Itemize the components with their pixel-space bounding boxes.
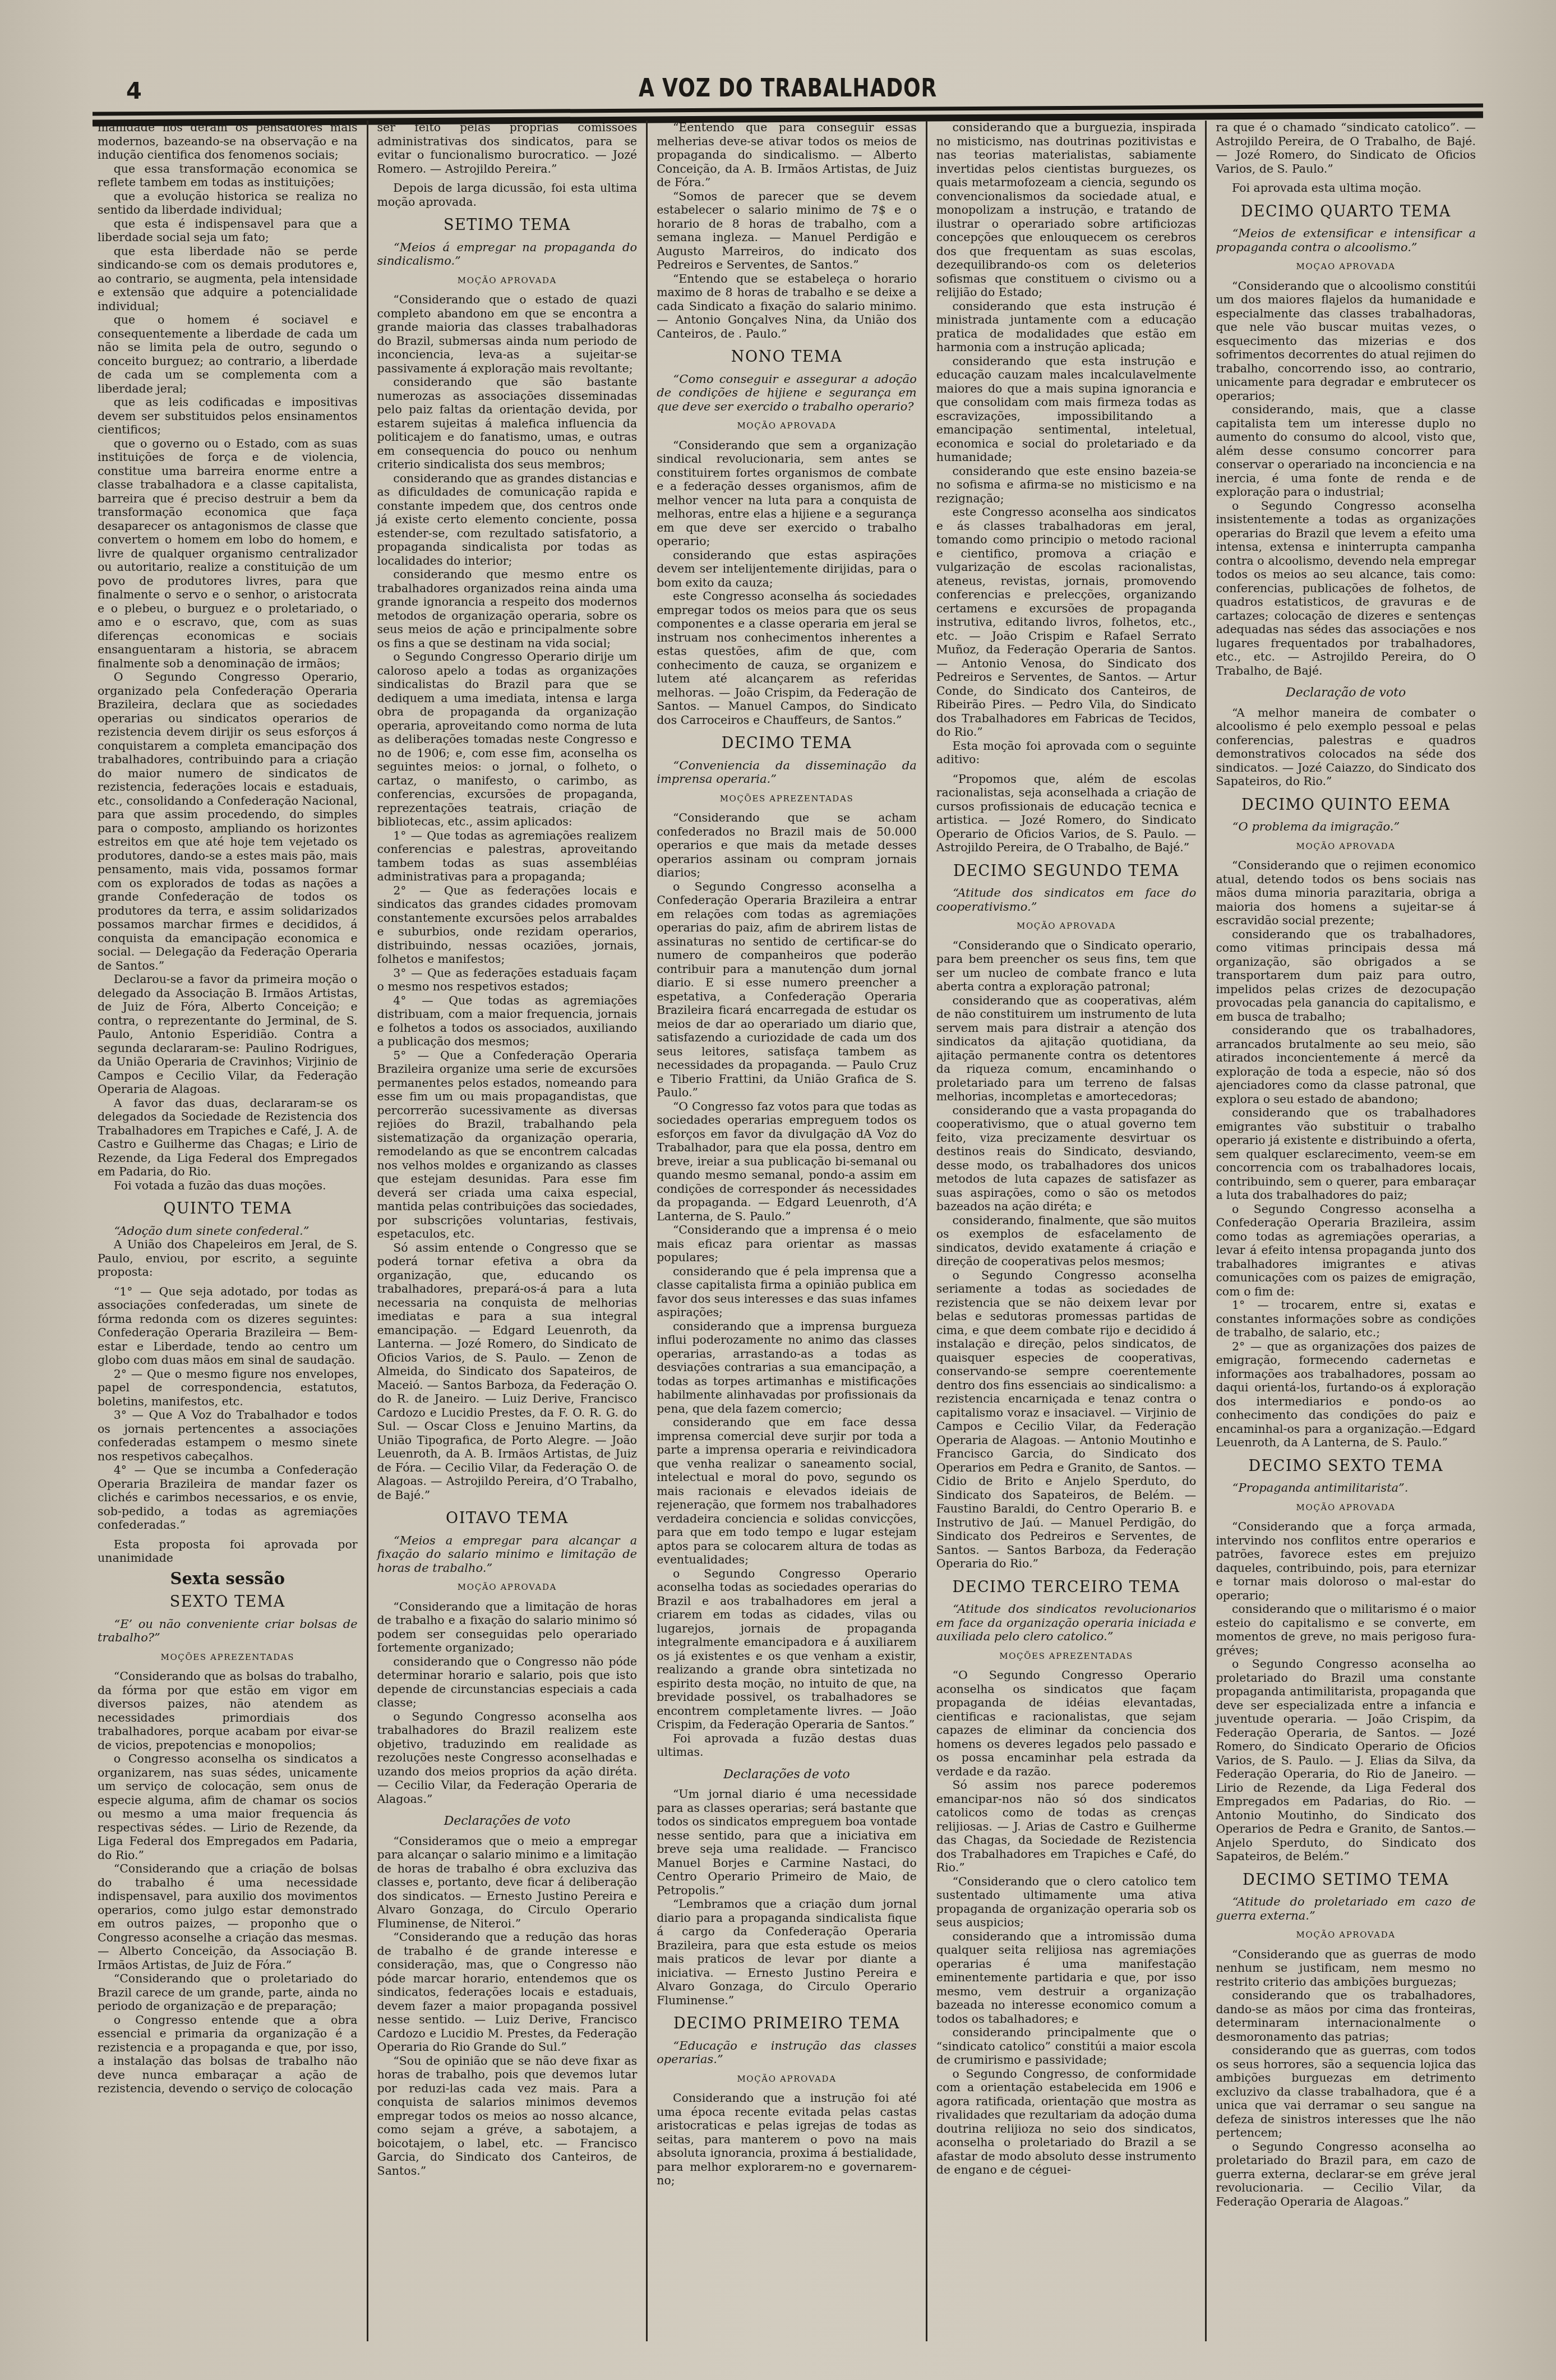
section-heading: DECIMO TEMA	[657, 737, 917, 751]
paragraph: “Somos de parecer que se devem estabelec…	[657, 190, 917, 272]
paragraph: considerando que os trabalhadores emigra…	[1216, 1106, 1476, 1202]
paragraph: 2° — que as organizações dos paizes de e…	[1216, 1340, 1476, 1450]
section-heading: DECIMO TERCEIRO TEMA	[936, 1581, 1197, 1595]
motion-label: MOÇAO APROVADA	[1216, 260, 1476, 274]
paragraph: considerando que estas aspirações devem …	[657, 548, 917, 590]
paragraph: considerando que a imprensa burgueza inf…	[657, 1320, 917, 1416]
section-heading: SEXTO TEMA	[98, 1595, 358, 1609]
motion-label: MOÇÃO APROVADA	[377, 274, 638, 288]
paragraph: o Segundo Congresso aconselha a Confeder…	[657, 880, 917, 1100]
motion-label: MOÇÃO APROVADA	[657, 419, 917, 433]
paragraph: A favor das duas, declararam-se os deleg…	[98, 1096, 358, 1179]
paragraph: “Considerando que o Sindicato operario, …	[936, 939, 1197, 994]
paragraph: Considerando que a instrução foi até uma…	[657, 2091, 917, 2188]
column-4: considerando que a burguezia, inspirada …	[926, 121, 1206, 2341]
paragraph: considerando que os trabalhadores, como …	[1216, 928, 1476, 1024]
paragraph: 1° — trocarem, entre si, exatas e consta…	[1216, 1298, 1476, 1340]
paragraph: que as leis codificadas e impositivas de…	[98, 395, 358, 437]
paragraph: o Segundo Congresso aconselha a Confeder…	[1216, 1202, 1476, 1299]
paragraph: considerando que a vasta propaganda do c…	[936, 1104, 1197, 1214]
paragraph: considerando que os trabalhadores, arran…	[1216, 1023, 1476, 1106]
motion-label: MOÇÃO APROVADA	[1216, 1501, 1476, 1515]
paragraph: “Considerando que a imprensa é o meio ma…	[657, 1223, 917, 1265]
paragraph: o Segundo Congresso Operario dirije um c…	[377, 650, 638, 829]
paragraph: “Considerando que o estado de quazi comp…	[377, 293, 638, 375]
paragraph: considerando que em face dessa imprensa …	[657, 1415, 917, 1567]
motion-label: MOÇÃO APROVADA	[936, 919, 1197, 933]
article-columns: manidade nos deram os pensadores mais mo…	[89, 121, 1485, 2341]
paragraph: “Consideramos que o meio a empregar para…	[377, 1834, 638, 1931]
paragraph: “Considerando que o rejimen economico at…	[1216, 859, 1476, 928]
paragraph: considerando, finalmente, que são muitos…	[936, 1214, 1197, 1269]
motion-label: MOÇÃO APROVADA	[1216, 840, 1476, 854]
paragraph: Foi votada a fuzão das duas moções.	[98, 1179, 358, 1193]
paragraph: “Considerando que o clero catolico tem s…	[936, 1875, 1197, 1930]
masthead: 4 A VOZ DO TRABALHADOR	[93, 67, 1483, 107]
spacer	[98, 1532, 358, 1538]
spacer	[1216, 176, 1476, 181]
column-5: ra que é o chamado “sindicato catolico”.…	[1205, 121, 1485, 2341]
paragraph: 1° — Que todas as agremiações realizem c…	[377, 829, 638, 884]
theme-subtitle: “Propaganda antimilitarista”.	[1216, 1481, 1476, 1495]
paragraph: “Considerando que o proletariado do Braz…	[98, 1972, 358, 2013]
paragraph: considerando, mais, que a classe capital…	[1216, 403, 1476, 499]
paragraph: Foi aprovada esta ultima moção.	[1216, 181, 1476, 195]
paragraph: “Considerando que a criação de bolsas do…	[98, 1862, 358, 1972]
paragraph: considerando que as cooperativas, além d…	[936, 994, 1197, 1104]
paragraph: 3° — Que as federações estaduais façam o…	[377, 966, 638, 994]
paragraph: “Considerando que a limitação de horas d…	[377, 1600, 638, 1655]
section-heading: NONO TEMA	[657, 350, 917, 365]
paragraph: “Considerando que a redução das horas de…	[377, 1930, 638, 2054]
paragraph: Só assim nos parece poderemos emancipar-…	[936, 1778, 1197, 1875]
section-heading: DECIMO QUINTO EEMA	[1216, 799, 1476, 813]
paragraph: considerando que as guerras, com todos o…	[1216, 2044, 1476, 2140]
paragraph: manidade nos deram os pensadores mais mo…	[98, 121, 358, 162]
paragraph: ra que é o chamado “sindicato catolico”.…	[1216, 121, 1476, 176]
motion-label: MOÇÕES APREZENTADAS	[657, 792, 917, 806]
paragraph: este Congresso aconselha ás sociedades e…	[657, 589, 917, 727]
paragraph: que esta liberdade não se perde sindican…	[98, 245, 358, 313]
theme-subtitle: “Meios de extensificar e intensificar a …	[1216, 227, 1476, 254]
paragraph: “Entendo que se estabeleça o horario max…	[657, 272, 917, 341]
paragraph: 5° — Que a Confederação Operaria Brazile…	[377, 1049, 638, 1241]
paragraph: este Congresso aconselha aos sindicatos …	[936, 505, 1197, 739]
paragraph: o Segundo Congresso aconselha seriamente…	[936, 1269, 1197, 1571]
newspaper-title: A VOZ DO TRABALHADOR	[218, 74, 1358, 103]
paragraph: considerando que este ensino bazeia-se n…	[936, 464, 1197, 506]
theme-subtitle: “Meios á empregar na propaganda do sindi…	[377, 241, 638, 268]
vote-declarations-heading: Declarações de voto	[377, 1815, 638, 1829]
paragraph: “Considerando que as guerras de modo nen…	[1216, 1948, 1476, 1989]
paragraph: considerando que o Congresso não póde de…	[377, 1655, 638, 1710]
paragraph: considerando que o militarismo é o maior…	[1216, 1602, 1476, 1657]
paragraph: que esta é indispensavel para que a libe…	[98, 217, 358, 245]
spacer	[936, 767, 1197, 772]
section-heading: SETIMO TEMA	[377, 219, 638, 233]
paragraph: Só assim entende o Congresso que se pode…	[377, 1241, 638, 1502]
theme-subtitle: “Como conseguir e assegurar a adoção de …	[657, 372, 917, 414]
paragraph: “Sou de opinião que se não deve fixar as…	[377, 2054, 638, 2178]
vote-declarations-heading: Declarações de voto	[657, 1768, 917, 1782]
paragraph: 2° — Que as federações locais e sindicat…	[377, 884, 638, 966]
paragraph: considerando que a burguezia, inspirada …	[936, 121, 1197, 299]
paragraph: “Considerando que sem a organização sind…	[657, 439, 917, 548]
page-number: 4	[126, 79, 142, 104]
paragraph: Esta proposta foi aprovada por unanimida…	[98, 1538, 358, 1565]
paragraph: “Considerando que o alcoolismo constitúi…	[1216, 279, 1476, 403]
paragraph: o Segundo Congresso, de conformidade com…	[936, 2067, 1197, 2177]
motion-label: MOÇÕES APREZENTADAS	[98, 1650, 358, 1664]
paragraph: o Congresso entende que a obra essencial…	[98, 2013, 358, 2096]
paragraph: “Lembramos que a criação dum jornal diar…	[657, 1897, 917, 2007]
paragraph: Declarou-se a favor da primeira moção o …	[98, 972, 358, 1096]
column-1: manidade nos deram os pensadores mais mo…	[89, 121, 367, 2341]
paragraph: 2° — Que o mesmo figure nos envelopes, p…	[98, 1367, 358, 1409]
paragraph: que a evolução historica se realiza no s…	[98, 190, 358, 217]
paragraph: o Congresso aconselha os sindicatos a or…	[98, 1752, 358, 1862]
section-heading: DECIMO SEGUNDO TEMA	[936, 865, 1197, 879]
paragraph: “Um jornal diario é uma necessidade para…	[657, 1787, 917, 1897]
paragraph: Foi aprovada a fuzão destas duas ultimas…	[657, 1732, 917, 1759]
paragraph: Esta moção foi aprovada com o seguinte a…	[936, 739, 1197, 767]
paragraph: “A melhor maneira de combater o alcoolis…	[1216, 706, 1476, 788]
paragraph: 3° — Que A Voz do Trabalhador e todos os…	[98, 1408, 358, 1463]
section-heading: DECIMO SEXTO TEMA	[1216, 1460, 1476, 1474]
section-heading: DECIMO SETIMO TEMA	[1216, 1874, 1476, 1888]
theme-subtitle: “Atitude dos sindicatos revolucionarios …	[936, 1602, 1197, 1644]
session-heading: Sexta sessão	[98, 1572, 358, 1586]
paragraph: ser feito pelas proprias comissões admin…	[377, 121, 638, 176]
theme-subtitle: “E’ ou não conveniente criar bolsas de t…	[98, 1617, 358, 1645]
paragraph: O Segundo Congresso Operario, organizado…	[98, 670, 358, 972]
paragraph: considerando que esta instrução é minist…	[936, 299, 1197, 354]
theme-subtitle: “Atitude do proletariado em cazo de guer…	[1216, 1895, 1476, 1922]
section-heading: OITAVO TEMA	[377, 1512, 638, 1526]
section-heading: DECIMO QUARTO TEMA	[1216, 205, 1476, 219]
paragraph: “Propomos que, além de escolas racionali…	[936, 772, 1197, 855]
paragraph: o Segundo Congresso aconselha aos trabal…	[377, 1710, 638, 1806]
paragraph: “O Congresso faz votos para que todas as…	[657, 1100, 917, 1224]
paragraph: o Segundo Congresso aconselha ao proleta…	[1216, 1657, 1476, 1864]
paragraph: considerando que esta instrução e educaç…	[936, 354, 1197, 464]
spacer	[98, 1279, 358, 1285]
motion-label: MOÇÕES APREZENTADAS	[936, 1649, 1197, 1663]
paragraph: A União dos Chapeleiros em Jeral, de S. …	[98, 1238, 358, 1279]
theme-subtitle: “Educação e instrução das classes operar…	[657, 2039, 917, 2067]
column-2: ser feito pelas proprias comissões admin…	[367, 121, 647, 2341]
paragraph: “Considerando que se acham confederados …	[657, 811, 917, 880]
paragraph: considerando que mesmo entre os trabalha…	[377, 568, 638, 650]
paragraph: que essa transformação economica se refl…	[98, 162, 358, 190]
paragraph: que o governo ou o Estado, com as suas i…	[98, 437, 358, 671]
paragraph: que o homem é sociavel e consequentement…	[98, 313, 358, 395]
paragraph: considerando que as grandes distancias e…	[377, 472, 638, 568]
paragraph: 4° — Que se incumba a Confederação Opera…	[98, 1463, 358, 1532]
spacer	[377, 176, 638, 181]
paragraph: o Segundo Congresso Operario aconselha t…	[657, 1567, 917, 1732]
paragraph: “Considerando que as bolsas do trabalho,…	[98, 1669, 358, 1752]
paragraph: “Considerando que a força armada, interv…	[1216, 1520, 1476, 1602]
paragraph: considerando que é pela imprensa que a c…	[657, 1265, 917, 1320]
paragraph: “O Segundo Congresso Operario aconselha …	[936, 1668, 1197, 1778]
paragraph: o Segundo Congresso aconselha ao proleta…	[1216, 2140, 1476, 2209]
column-3: “Eentendo que para conseguir essas melhe…	[646, 121, 926, 2341]
paragraph: Depois de larga dicussão, foi esta ultim…	[377, 181, 638, 209]
theme-subtitle: “O problema da imigração.”	[1216, 820, 1476, 834]
motion-label: MOÇÃO APROVADA	[1216, 1928, 1476, 1942]
paragraph: “1° — Que seja adotado, por todas as ass…	[98, 1285, 358, 1367]
motion-label: MOÇÃO APROVADA	[377, 1580, 638, 1594]
section-heading: DECIMO PRIMEIRO TEMA	[657, 2017, 917, 2031]
paragraph: considerando principalmente que o “sindi…	[936, 2026, 1197, 2067]
paragraph: o Segundo Congresso aconselha insistente…	[1216, 499, 1476, 678]
paragraph: considerando que são bastante numerozas …	[377, 375, 638, 472]
theme-subtitle: “Adoção dum sinete confederal.”	[98, 1224, 358, 1238]
motion-label: MOÇÃO APROVADA	[657, 2072, 917, 2086]
vote-declarations-heading: Declaração de voto	[1216, 686, 1476, 700]
paragraph: considerando que os trabalhadores, dando…	[1216, 1989, 1476, 2044]
paragraph: considerando que a intromissão duma qual…	[936, 1930, 1197, 2026]
theme-subtitle: “Atitude dos sindicatos em face do coope…	[936, 886, 1197, 914]
section-heading: QUINTO TEMA	[98, 1202, 358, 1216]
theme-subtitle: “Meios a empregar para alcançar a fixaçã…	[377, 1534, 638, 1575]
theme-subtitle: “Conveniencia da disseminação da imprens…	[657, 759, 917, 786]
paragraph: 4° — Que todas as agremiações distribuam…	[377, 994, 638, 1049]
paragraph: “Eentendo que para conseguir essas melhe…	[657, 121, 917, 190]
